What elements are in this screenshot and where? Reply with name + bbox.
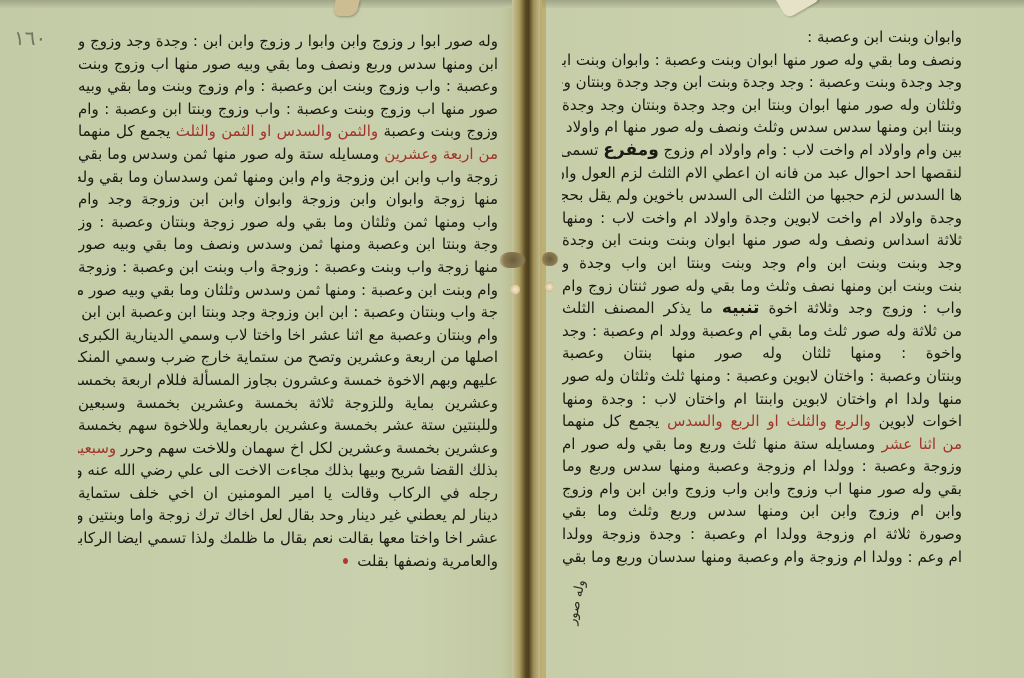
- right-page-text: وابوان وبنت ابن وعصبة : ونصف وما بقي وله…: [562, 26, 962, 568]
- manuscript-line: ام وعم : وولدا ام وزوجة وام وعصبة ومنها …: [562, 546, 962, 569]
- catchword-margin-note: وله صور: [570, 578, 589, 601]
- manuscript-line: بذلك القضا شريح وبيها بذلك مجاءت الاخت ا…: [78, 459, 498, 482]
- manuscript-line: عشر اخا واختا معها بقالت نعم بقال ما ظلم…: [78, 527, 498, 550]
- manuscript-line: جة واب وبنتان وعصبة : ابن ابن وزوجة وجد …: [78, 301, 498, 324]
- manuscript-line: وله صور ابوا ر وزوج وابن وابوا ر وزوج وا…: [78, 30, 498, 53]
- line-text: بذلك القضا شريح وبيها بذلك مجاءت الاخت ا…: [78, 461, 498, 479]
- line-text: ثلاثة اسداس ونصف وله صور منها ابوان وبنت…: [562, 231, 962, 249]
- line-text: ونصف وما بقي وله صور منها ابوان وبنت وعص…: [562, 51, 962, 69]
- manuscript-line: بقي وله صور منها اب وزوج وابن واب وزوج و…: [562, 478, 962, 501]
- manuscript-line: ها السدس لزم حجبها من الثلث الى السدس با…: [562, 184, 962, 207]
- line-text: وبنتا ابن ومنها سدس سدس وثلث ونصف وله صو…: [562, 118, 962, 136]
- line-text: عشر اخا واختا معها بقالت نعم بقال ما ظلم…: [78, 529, 498, 547]
- line-text: جة واب وبنتان وعصبة : ابن ابن وزوجة وجد …: [78, 303, 498, 321]
- manuscript-line: بنت وبنت ابن ومنها نصف وثلث وما بقي وله …: [562, 275, 962, 298]
- manuscript-line: وزوجة وعصبة : وولدا ام وزوجة وعصبة ومنها…: [562, 455, 962, 478]
- line-text: والعامرية ونصفها بقلت: [357, 552, 498, 570]
- manuscript-line: دينار لم يعطني غير دينار وحد بقال لعل اخ…: [78, 504, 498, 527]
- line-text: وعشرين بماية وللزوجة ثلاثة بخمسة وعشرين …: [78, 394, 498, 412]
- line-text: يجمع كل منهما: [562, 412, 659, 430]
- manuscript-line: وجة وبنتا ابن وعصبة ومنها ثمن وسدس ونصف …: [78, 233, 498, 256]
- manuscript-line: زوجة واب وابن ابن وزوجة وام وابن ومنها ث…: [78, 166, 498, 189]
- line-text: ومسايله ستة منها ثلث وربع وما بقي وله صو…: [562, 435, 875, 453]
- line-text: وابن ام وزوج وابن ابن ومنها سدس وربع وثل…: [562, 502, 962, 520]
- line-text: وعصبة : واب وزوج وبنت ابن وعصبة : وام وز…: [78, 77, 498, 95]
- manuscript-line: منها زوجة واب وبنت وعصبة : وزوجة واب وبن…: [78, 256, 498, 279]
- manuscript-line: من ثلاثة وله صور ثلث وما بقي ام وعصبة وو…: [562, 320, 962, 343]
- manuscript-line: وابن ام وزوج وابن ابن ومنها سدس وربع وثل…: [562, 500, 962, 523]
- line-text: ابن ومنها سدس وربع ونصف وما بقي وبيه صور…: [78, 55, 498, 73]
- left-page-text: وله صور ابوا ر وزوج وابن وابوا ر وزوج وا…: [78, 30, 498, 572]
- line-text: من ثلاثة وله صور ثلث وما بقي ام وعصبة وو…: [562, 322, 962, 340]
- line-text: وزوجة وعصبة : وولدا ام وزوجة وعصبة ومنها…: [562, 457, 962, 475]
- manuscript-line: وللبنتين ستة عشر بخمسة وعشرين باربعماية …: [78, 414, 498, 437]
- manuscript-line: وعشرين بخمسة وعشرين لكل اخ سهمان وللاخت …: [78, 437, 498, 460]
- line-text: اخوات لابوين: [879, 412, 962, 430]
- line-text: وجدة واولاد ام واخت لابوين وجدة واولاد ا…: [562, 209, 962, 227]
- manuscript-line: وبنتا ابن ومنها سدس سدس وثلث ونصف وله صو…: [562, 116, 962, 139]
- line-text: بقي وله صور منها اب وزوج وابن واب وزوج و…: [562, 480, 962, 498]
- rubric-text: والثمن والسدس او الثمن والثلث: [176, 122, 378, 140]
- line-text: منها زوجة واب وبنت وعصبة : وزوجة واب وبن…: [78, 258, 498, 276]
- line-text: وجة وبنتا ابن وعصبة ومنها ثمن وسدس ونصف …: [78, 235, 498, 253]
- manuscript-line: وجد وجدة وبنت وعصبة : وجد وجدة وبنت ابن …: [562, 71, 962, 94]
- binding-hole-stain-left: [500, 252, 526, 268]
- rubric-text: من اربعة وعشرين: [384, 145, 498, 163]
- page-clip-left: [332, 0, 359, 16]
- manuscript-line: وجدة واولاد ام واخت لابوين وجدة واولاد ا…: [562, 207, 962, 230]
- manuscript-line: واخوة : ومنها ثلثان وله صور منها بنتان و…: [562, 342, 962, 365]
- manuscript-line: وجد وبنت وبنت ابن وام وجد وبنت وبنتا ابن…: [562, 252, 962, 275]
- manuscript-line: ونصف وما بقي وله صور منها ابوان وبنت وعص…: [562, 49, 962, 72]
- line-text: دينار لم يعطني غير دينار وحد بقال لعل اخ…: [78, 506, 498, 524]
- line-text: صور منها اب وزوج وبنت وعصبة : واب وزوج و…: [78, 100, 498, 118]
- line-text: وام وبنتان وعصبة مع اثنا عشر اخا واختا ل…: [78, 326, 498, 344]
- manuscript-line: اصلها من اربعة وعشرين وتصح من ستماية خار…: [78, 346, 498, 369]
- line-text: وبنتان وعصبة : واختان لابوين وعصبة : ومن…: [562, 367, 962, 385]
- folio-number: ١٦٠: [14, 26, 46, 50]
- line-text: وعشرين بخمسة وعشرين لكل اخ سهمان وللاخت …: [121, 439, 498, 457]
- page-clip-right: [776, 0, 822, 19]
- line-text: يجمع كل منهما: [78, 122, 170, 140]
- heading-word: ومفرع: [603, 140, 659, 160]
- line-text: بنت وبنت ابن ومنها نصف وثلث وما بقي وله …: [562, 277, 962, 295]
- line-text: وله صور ابوا ر وزوج وابن وابوا ر وزوج وا…: [78, 32, 498, 50]
- rubric-text: من اثنا عشر: [882, 435, 962, 453]
- manuscript-line: وام وبنت ابن وعصبة : ومنها ثمن وسدس وثلث…: [78, 279, 498, 302]
- manuscript-line: وصورة ثلاثة ام وزوجة وولدا ام وعصبة : وج…: [562, 523, 962, 546]
- right-page-edge: [540, 0, 546, 678]
- manuscript-line: منها ولدا ام واختان لابوين وابنتا ام واخ…: [562, 388, 962, 411]
- manuscript-line: وام وبنتان وعصبة مع اثنا عشر اخا واختا ل…: [78, 324, 498, 347]
- line-text: بين وام واولاد ام واخت لاب : وام واولاد …: [664, 141, 962, 159]
- end-mark-icon: [343, 558, 348, 564]
- line-text: رجله في الركاب وقالت يا امير المومنين ان…: [78, 484, 498, 502]
- manuscript-line: وبنتان وعصبة : واختان لابوين وعصبة : ومن…: [562, 365, 962, 388]
- line-text: ام وعم : وولدا ام وزوجة وام وعصبة ومنها …: [562, 548, 962, 566]
- manuscript-spread: ١٦٠ وله صور ابوا ر وزوج وابن وابوا ر وزو…: [0, 0, 1024, 678]
- manuscript-line: والعامرية ونصفها بقلت: [78, 550, 498, 573]
- line-text: وزوج وبنت وعصبة: [383, 122, 498, 140]
- line-text: وثلثان وله صور منها ابوان وبنتا ابن وجد …: [562, 96, 962, 114]
- manuscript-line: وثلثان وله صور منها ابوان وبنتا ابن وجد …: [562, 94, 962, 117]
- line-text: عليهم وبهم الاخوة خمسة وعشرون بجاوز المس…: [78, 371, 498, 389]
- line-text: منها زوجة وابوان وابن وزوجة وابوان وابن …: [78, 190, 498, 208]
- manuscript-line: وزوج وبنت وعصبة والثمن والسدس او الثمن و…: [78, 120, 498, 143]
- line-text: ما يذكر المصنف الثلث: [562, 299, 713, 317]
- manuscript-line: من اثنا عشر ومسايله ستة منها ثلث وربع وم…: [562, 433, 962, 456]
- binding-hole-left: [510, 284, 520, 295]
- binding-hole-right: [545, 282, 554, 292]
- manuscript-line: من اربعة وعشرين ومسايله ستة وله صور منها…: [78, 143, 498, 166]
- line-text: وللبنتين ستة عشر بخمسة وعشرين باربعماية …: [78, 416, 498, 434]
- manuscript-line: منها زوجة وابوان وابن وزوجة وابوان وابن …: [78, 188, 498, 211]
- heading-word: تنبيه: [722, 298, 760, 318]
- manuscript-line: ثلاثة اسداس ونصف وله صور منها ابوان وبنت…: [562, 229, 962, 252]
- manuscript-line: وابوان وبنت ابن وعصبة :: [562, 26, 962, 49]
- manuscript-line: وعشرين بماية وللزوجة ثلاثة بخمسة وعشرين …: [78, 392, 498, 415]
- line-text: زوجة واب وابن ابن وزوجة وام وابن ومنها ث…: [78, 168, 498, 186]
- line-text: وصورة ثلاثة ام وزوجة وولدا ام وعصبة : وج…: [562, 525, 962, 543]
- line-text: واب ومنها ثمن وثلثان وما بقي وله صور زوج…: [78, 213, 498, 231]
- manuscript-line: واب : وزوج وجد وثلاثة اخوة تنبيه ما يذكر…: [562, 297, 962, 320]
- manuscript-line: وعصبة : واب وزوج وبنت ابن وعصبة : وام وز…: [78, 75, 498, 98]
- manuscript-line: ابن ومنها سدس وربع ونصف وما بقي وبيه صور…: [78, 53, 498, 76]
- manuscript-line: واب ومنها ثمن وثلثان وما بقي وله صور زوج…: [78, 211, 498, 234]
- line-text: وجد وبنت وبنت ابن وام وجد وبنت وبنتا ابن…: [562, 254, 962, 272]
- line-text: اصلها من اربعة وعشرين وتصح من ستماية خار…: [78, 348, 498, 366]
- line-text: وام وبنت ابن وعصبة : ومنها ثمن وسدس وثلث…: [78, 281, 498, 299]
- manuscript-line: عليهم وبهم الاخوة خمسة وعشرون بجاوز المس…: [78, 369, 498, 392]
- line-text: واخوة : ومنها ثلثان وله صور منها بنتان و…: [562, 344, 962, 362]
- rubric-text: والربع والثلث او الربع والسدس: [667, 412, 871, 430]
- manuscript-line: صور منها اب وزوج وبنت وعصبة : واب وزوج و…: [78, 98, 498, 121]
- rubric-text: وسبعين: [78, 439, 116, 457]
- line-text: وابوان وبنت ابن وعصبة :: [807, 28, 962, 46]
- manuscript-line: رجله في الركاب وقالت يا امير المومنين ان…: [78, 482, 498, 505]
- manuscript-line: اخوات لابوين والربع والثلث او الربع والس…: [562, 410, 962, 433]
- binding-gutter: [512, 0, 542, 678]
- line-text: ها السدس لزم حجبها من الثلث الى السدس با…: [562, 186, 962, 204]
- line-text: وجد وجدة وبنت وعصبة : وجد وجدة وبنت ابن …: [562, 73, 962, 91]
- manuscript-line: لنقصها احد احوال عبد من فانه ان اعطي الا…: [562, 162, 962, 185]
- line-text: ومسايله ستة وله صور منها ثمن وسدس وما بق…: [78, 145, 379, 163]
- line-text: تسمى بالنافقة: [562, 141, 598, 159]
- line-text: واب : وزوج وجد وثلاثة اخوة: [768, 299, 961, 317]
- binding-hole-stain-right: [542, 252, 558, 266]
- manuscript-line: بين وام واولاد ام واخت لاب : وام واولاد …: [562, 139, 962, 162]
- line-text: منها ولدا ام واختان لابوين وابنتا ام واخ…: [562, 390, 962, 408]
- line-text: لنقصها احد احوال عبد من فانه ان اعطي الا…: [562, 164, 962, 182]
